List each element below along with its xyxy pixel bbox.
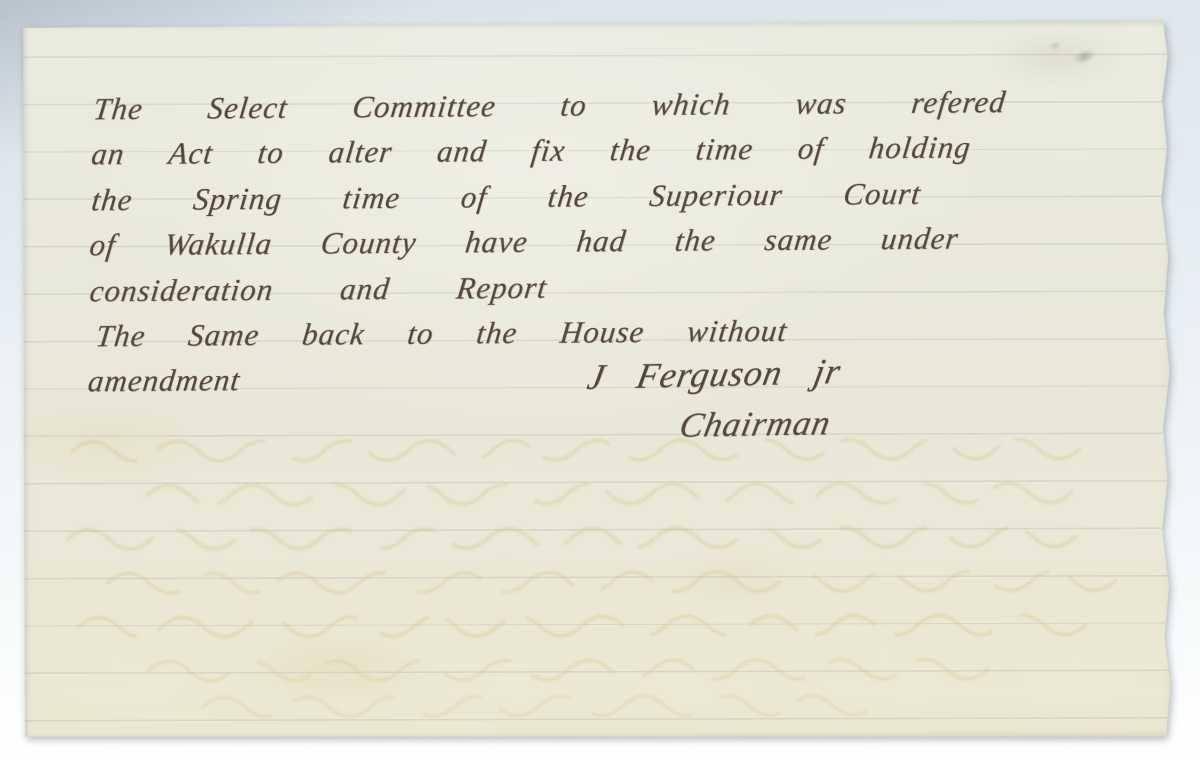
scanner-background: The Select Committee to which was refere… [0, 0, 1200, 765]
manuscript-page: The Select Committee to which was refere… [23, 20, 1173, 739]
manuscript-line-3: the Spring time of the Superiour Court [90, 176, 923, 219]
manuscript-line-1: The Select Committee to which was refere… [91, 84, 1008, 127]
manuscript-page-wrap: The Select Committee to which was refere… [23, 20, 1173, 739]
ink-smudge [1067, 44, 1100, 69]
signature-title: Chairman [676, 403, 834, 446]
signature: J Ferguson jr [584, 350, 845, 398]
manuscript-line-4: of Wakulla County have had the same unde… [88, 221, 961, 264]
manuscript-line-6: The Same back to the House without [94, 313, 789, 354]
bleed-through-writing [52, 433, 1165, 738]
manuscript-line-5: consideration and Report [88, 270, 549, 310]
manuscript-line-2: an Act to alter and fix the time of hold… [89, 129, 972, 172]
ink-smudge-small [1047, 41, 1063, 51]
manuscript-line-7: amendment [86, 362, 242, 399]
